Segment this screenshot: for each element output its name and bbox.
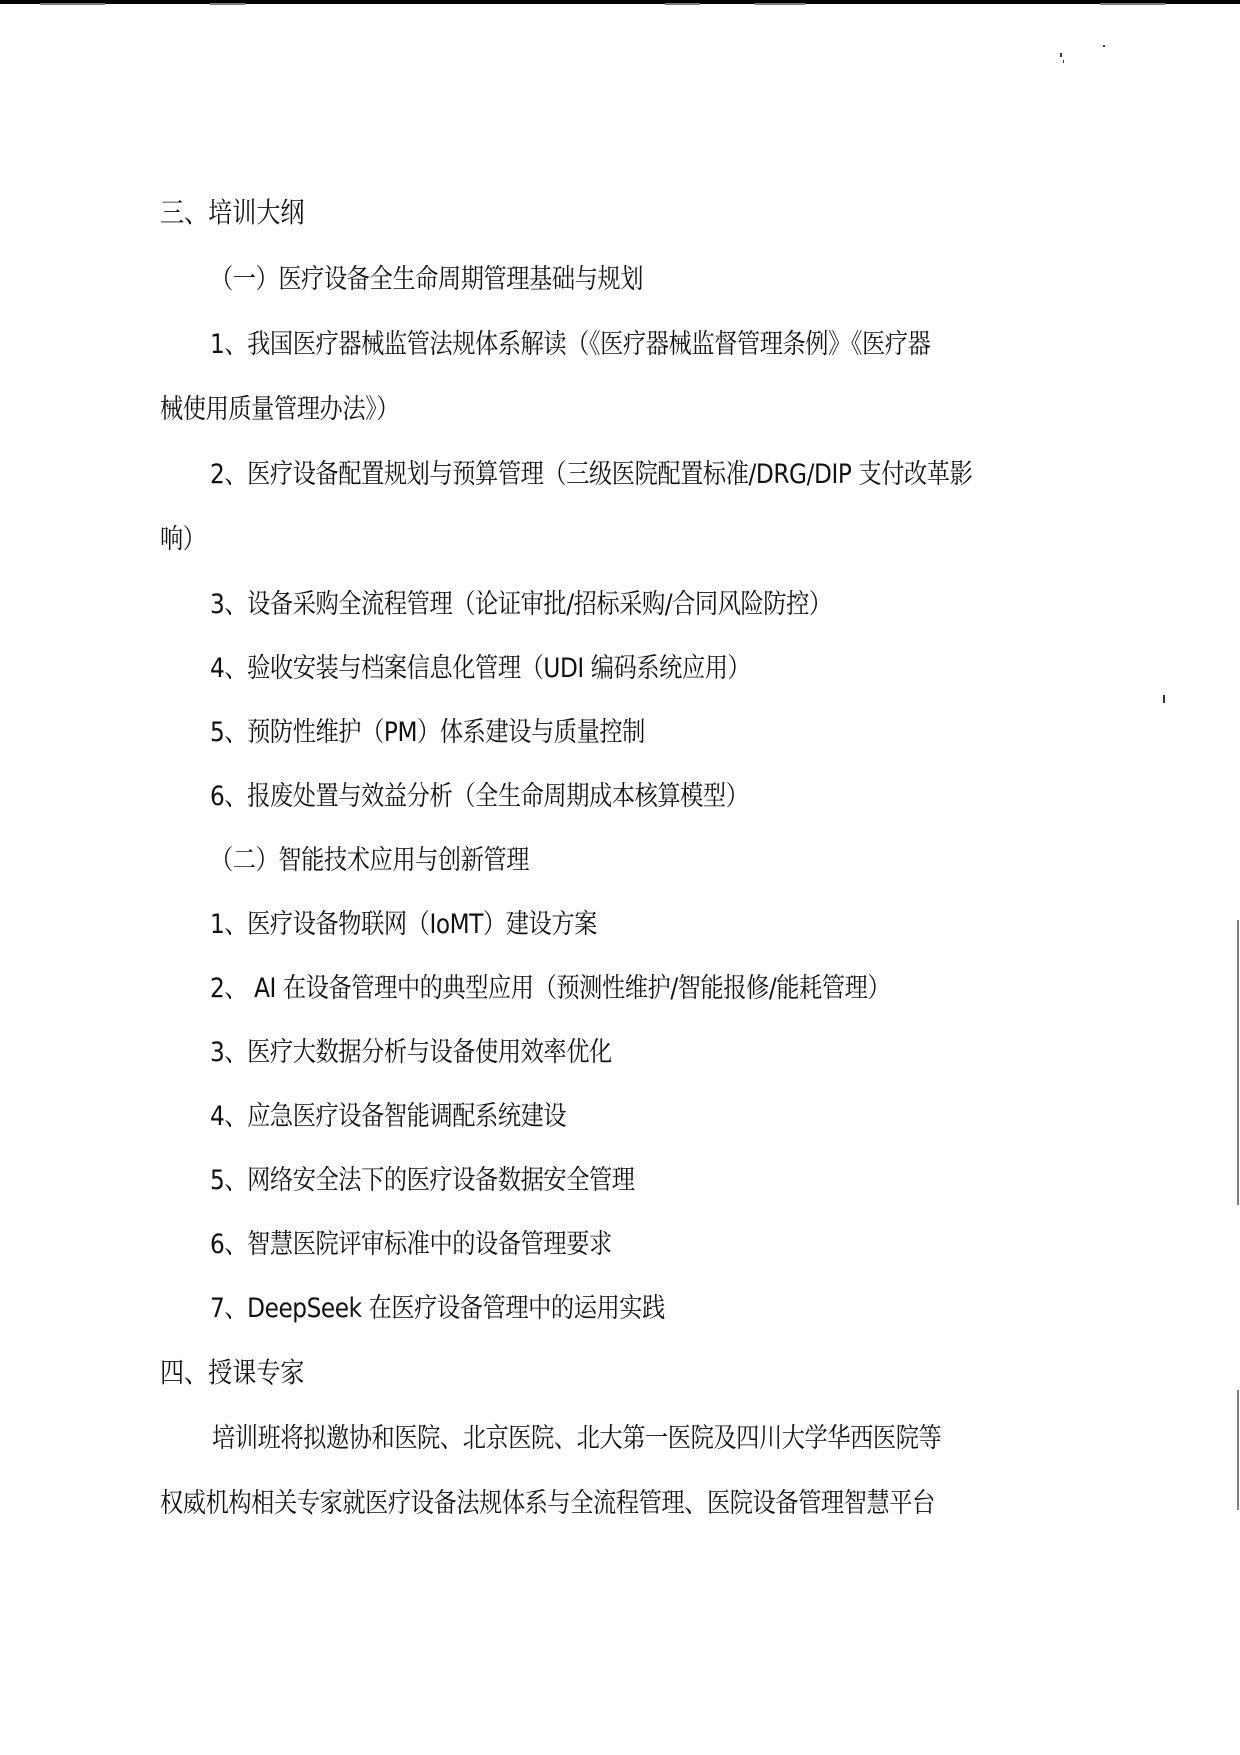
section-heading-training-outline: 三、培训大纲	[160, 196, 304, 230]
outline-item-2-line1: 2、医疗设备配置规划与预算管理（三级医院配置标准/DRG/DIP 支付改革影	[210, 458, 972, 492]
outline-item-1-line1: 1、我国医疗器械监管法规体系解读（《医疗器械监督管理条例》《医疗器	[210, 328, 930, 362]
outline-item-1-line2: 械使用质量管理办法》）	[160, 393, 399, 427]
outline-item-5: 5、预防性维护（PM）体系建设与质量控制	[210, 716, 645, 750]
experts-paragraph-line2: 权威机构相关专家就医疗设备法规体系与全流程管理、医院设备管理智慧平台	[160, 1487, 935, 1521]
subsection-heading-lifecycle: （一）医疗设备全生命周期管理基础与规划	[210, 263, 643, 297]
smart-item-4: 4、应急医疗设备智能调配系统建设	[210, 1100, 566, 1134]
experts-paragraph-line1: 培训班将拟邀协和医院、北京医院、北大第一医院及四川大学华西医院等	[212, 1422, 941, 1456]
outline-item-3: 3、设备采购全流程管理（论证审批/招标采购/合同风险防控）	[210, 588, 832, 622]
smart-item-7: 7、DeepSeek 在医疗设备管理中的运用实践	[210, 1292, 665, 1326]
smart-item-3: 3、医疗大数据分析与设备使用效率优化	[210, 1036, 612, 1070]
smart-item-6: 6、智慧医院评审标准中的设备管理要求	[210, 1228, 612, 1262]
subsection-heading-smart-tech: （二）智能技术应用与创新管理	[210, 844, 529, 878]
smart-item-1: 1、医疗设备物联网（IoMT）建设方案	[210, 908, 597, 942]
outline-item-2-line2: 响）	[160, 523, 206, 557]
document-page: 三、培训大纲 （一）医疗设备全生命周期管理基础与规划 1、我国医疗器械监管法规体…	[0, 0, 1240, 1755]
outline-item-4: 4、验收安装与档案信息化管理（UDI 编码系统应用）	[210, 652, 750, 686]
section-heading-experts: 四、授课专家	[160, 1356, 304, 1390]
outline-item-6: 6、报废处置与效益分析（全生命周期成本核算模型）	[210, 780, 749, 814]
smart-item-5: 5、网络安全法下的医疗设备数据安全管理	[210, 1164, 635, 1198]
smart-item-2: 2、 AI 在设备管理中的典型应用（预测性维护/智能报修/能耗管理）	[210, 972, 890, 1006]
